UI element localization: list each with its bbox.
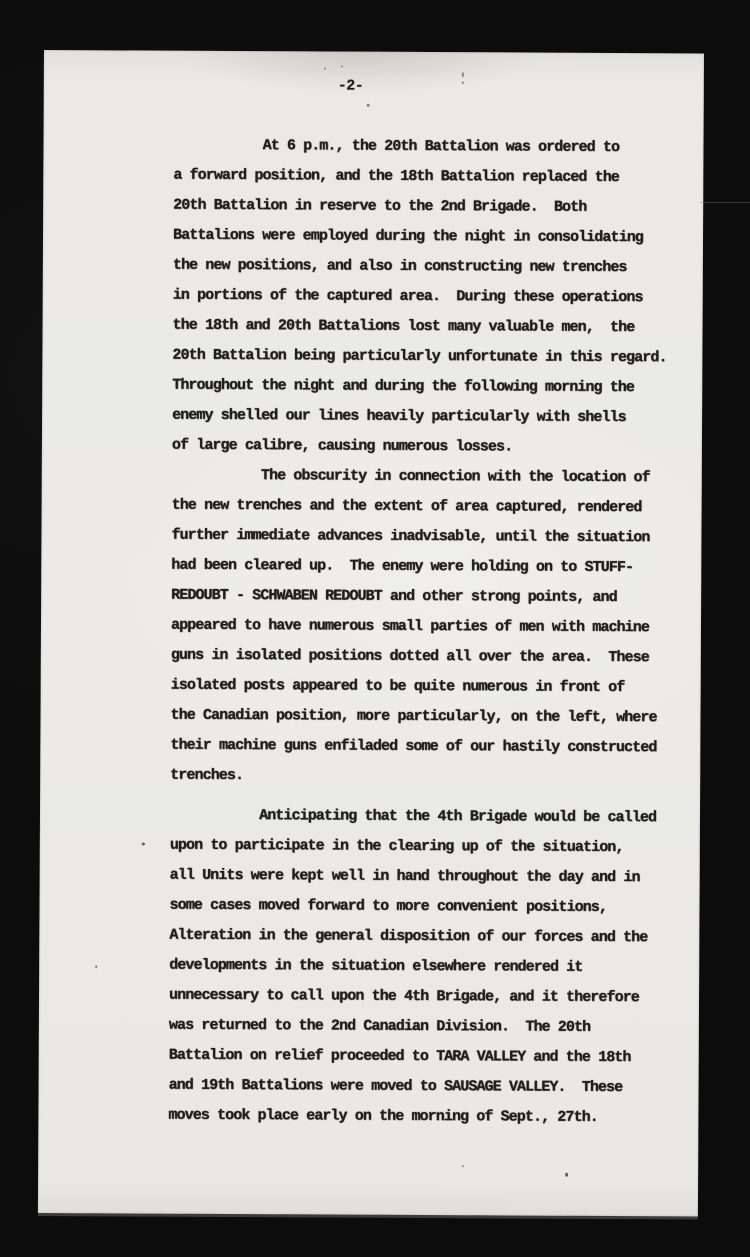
ink-speck xyxy=(565,1173,568,1177)
ink-speck xyxy=(95,965,97,968)
text-line: Throughout the night and during the foll… xyxy=(172,371,677,404)
ink-speck xyxy=(462,72,464,77)
text-line: their machine guns enfiladed some of our… xyxy=(170,731,675,764)
text-line: enemy shelled our lines heavily particul… xyxy=(172,401,677,434)
text-line: was returned to the 2nd Canadian Divisio… xyxy=(169,1011,674,1044)
text-line: the new positions, and also in construct… xyxy=(173,251,678,284)
paragraph: At 6 p.m., the 20th Battalion was ordere… xyxy=(172,131,679,464)
text-line: the Canadian position, more particularly… xyxy=(170,701,675,734)
ink-speck xyxy=(341,66,343,68)
text-line: moves took place early on the morning of… xyxy=(168,1101,673,1134)
typewritten-text-block: At 6 p.m., the 20th Battalion was ordere… xyxy=(168,131,678,1134)
text-line: isolated posts appeared to be quite nume… xyxy=(171,671,676,704)
text-line: the new trenches and the extent of area … xyxy=(172,491,677,524)
ink-speck xyxy=(367,104,370,107)
text-line: unnecessary to call upon the 4th Brigade… xyxy=(169,981,674,1014)
text-line: some cases moved forward to more conveni… xyxy=(169,891,674,924)
text-line: upon to participate in the clearing up o… xyxy=(170,831,675,864)
text-line: 20th Battalion in reserve to the 2nd Bri… xyxy=(173,191,678,224)
ink-speck xyxy=(142,843,145,846)
text-line: 20th Battalion being particularly unfort… xyxy=(172,341,677,374)
text-line: developments in the situation elsewhere … xyxy=(169,951,674,984)
text-line: and 19th Battalions were moved to SAUSAG… xyxy=(169,1071,674,1104)
text-line: The obscurity in connection with the loc… xyxy=(172,461,677,494)
page-number: -2- xyxy=(338,78,364,95)
text-line: a forward position, and the 18th Battali… xyxy=(173,161,678,194)
paragraph: Anticipating that the 4th Brigade would … xyxy=(168,801,675,1134)
text-line: Anticipating that the 4th Brigade would … xyxy=(170,801,675,834)
text-line: further immediate advances inadvisable, … xyxy=(171,521,676,554)
text-line: all Units were kept well in hand through… xyxy=(170,861,675,894)
scanned-document-background: -2- At 6 p.m., the 20th Battalion was or… xyxy=(0,0,750,1257)
ink-speck xyxy=(462,81,464,84)
text-line: Battalion on relief proceeded to TARA VA… xyxy=(169,1041,674,1074)
document-page: -2- At 6 p.m., the 20th Battalion was or… xyxy=(38,50,704,1216)
ink-speck xyxy=(462,1165,464,1167)
film-scratch-line xyxy=(700,202,750,203)
text-line: Battalions were employed during the nigh… xyxy=(173,221,678,254)
paragraph: The obscurity in connection with the loc… xyxy=(170,461,677,794)
text-line: the 18th and 20th Battalions lost many v… xyxy=(172,311,677,344)
text-line: guns in isolated positions dotted all ov… xyxy=(171,641,676,674)
text-line: in portions of the captured area. During… xyxy=(173,281,678,314)
text-line: REDOUBT - SCHWABEN REDOUBT and other str… xyxy=(171,581,676,614)
text-line: Alteration in the general disposition of… xyxy=(169,921,674,954)
text-line: trenches. xyxy=(170,761,675,794)
text-line: At 6 p.m., the 20th Battalion was ordere… xyxy=(173,131,678,164)
ink-speck xyxy=(324,67,326,69)
text-line: had been cleared up. The enemy were hold… xyxy=(171,551,676,584)
text-line: of large calibre, causing numerous losse… xyxy=(172,431,677,464)
text-line: appeared to have numerous small parties … xyxy=(171,611,676,644)
